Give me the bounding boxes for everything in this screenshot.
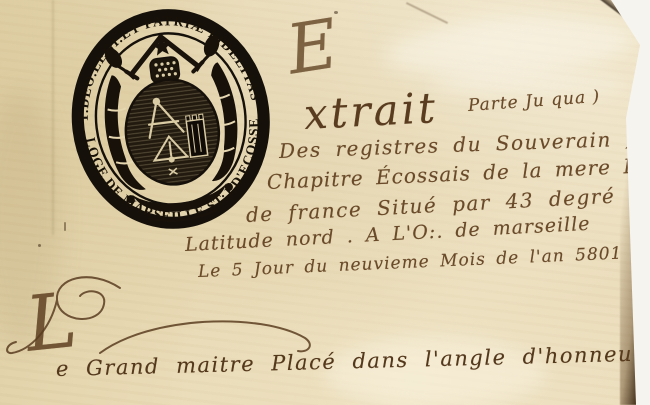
closing-initial-letter: L bbox=[21, 275, 80, 369]
ink-speck bbox=[38, 244, 41, 247]
torn-paper-edge bbox=[620, 0, 650, 405]
ink-speck bbox=[64, 222, 66, 231]
closing-line: e Grand maitre Placé dans l'angle d'honn… bbox=[56, 342, 645, 381]
manuscript-title-note: Parte Ju qua ) bbox=[467, 87, 600, 116]
extrait-initial-letter: E bbox=[282, 5, 343, 91]
pencil-mark bbox=[406, 2, 448, 24]
manuscript-title: xtrait bbox=[303, 83, 439, 139]
ink-speck bbox=[334, 11, 338, 14]
paper-stain bbox=[383, 9, 636, 84]
manuscript-photo: T.DEO.LEGI.ET PATRIÆ FIDELITAS LOGE.DE.M… bbox=[0, 0, 650, 405]
paper-sheet: T.DEO.LEGI.ET PATRIÆ FIDELITAS LOGE.DE.M… bbox=[0, 0, 650, 405]
